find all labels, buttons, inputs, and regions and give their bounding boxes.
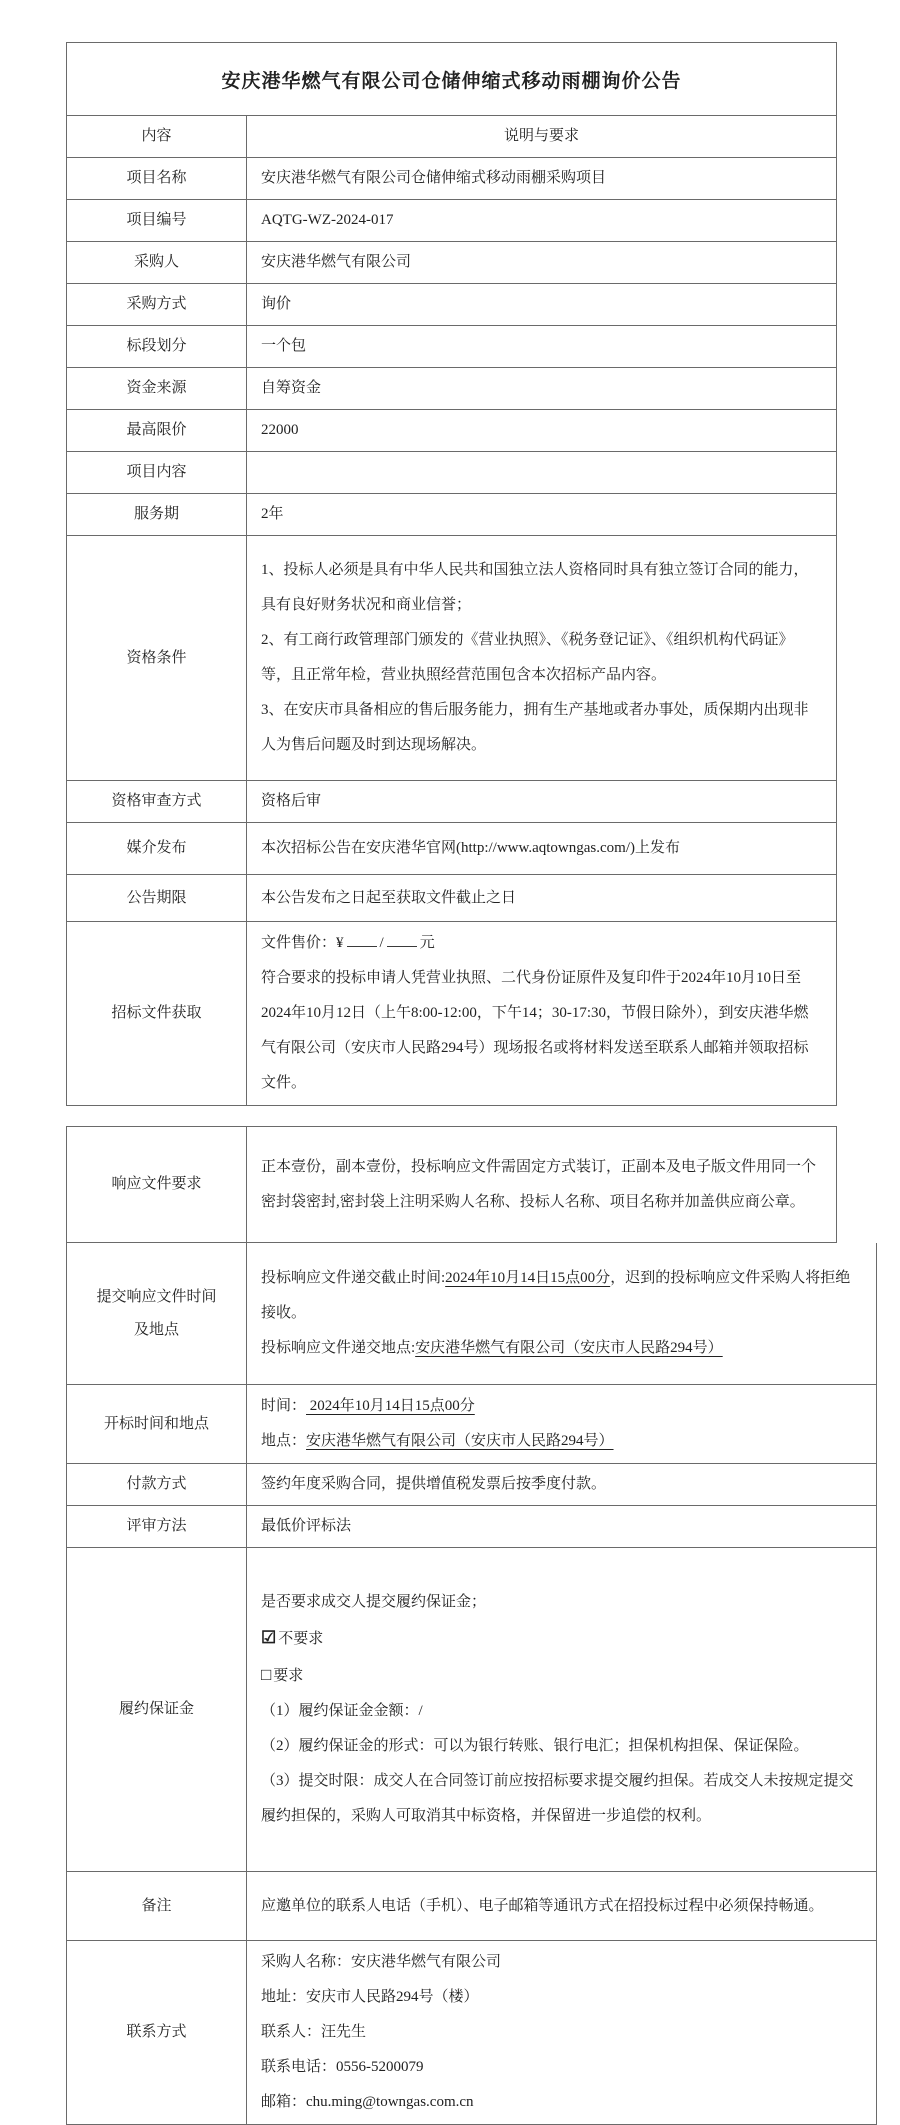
header-row: 内容 说明与要求 bbox=[67, 116, 837, 158]
row-label: 服务期 bbox=[67, 494, 247, 535]
opening-place-value: 安庆港华燃气有限公司（安庆市人民路294号） bbox=[306, 1433, 614, 1449]
row-value: 询价 bbox=[247, 284, 836, 325]
doc-obtain-paragraph: 符合要求的投标申请人凭营业执照、二代身份证原件及复印件于2024年10月10日至… bbox=[261, 961, 822, 1101]
qualification-item: 2、有工商行政管理部门颁发的《营业执照》、《税务登记证》、《组织机构代码证》等，… bbox=[261, 623, 822, 693]
submission-deadline-value: 2024年10月14日15点00分 bbox=[445, 1270, 610, 1286]
table-row-submission: 提交响应文件时间及地点 投标响应文件递交截止时间:2024年10月14日15点0… bbox=[67, 1243, 877, 1385]
row-value: AQTG-WZ-2024-017 bbox=[247, 200, 836, 241]
row-value bbox=[247, 452, 836, 493]
row-value: 22000 bbox=[247, 410, 836, 451]
table-row-contact: 联系方式 采购人名称：安庆港华燃气有限公司 地址：安庆市人民路294号（楼） 联… bbox=[67, 1941, 877, 2125]
opening-time-line: 时间： 2024年10月14日15点00分 bbox=[261, 1389, 862, 1424]
blank-underline bbox=[347, 931, 377, 947]
table-row-payment: 付款方式 签约年度采购合同，提供增值税发票后按季度付款。 bbox=[67, 1464, 877, 1506]
table-row-purchaser: 采购人 安庆港华燃气有限公司 bbox=[67, 242, 837, 284]
bond-option-checked-label: 不要求 bbox=[278, 1631, 323, 1647]
header-col-description: 说明与要求 bbox=[247, 116, 836, 157]
row-value: 资格后审 bbox=[247, 781, 836, 822]
row-label: 资金来源 bbox=[67, 368, 247, 409]
row-value: 最低价评标法 bbox=[247, 1506, 876, 1547]
bond-item-3: （3）提交时限：成交人在合同签订前应按招标要求提交履约担保。若成交人未按规定提交… bbox=[261, 1764, 862, 1834]
row-value: 时间： 2024年10月14日15点00分 地点：安庆港华燃气有限公司（安庆市人… bbox=[247, 1385, 876, 1463]
row-label: 采购方式 bbox=[67, 284, 247, 325]
table-row-project-name: 项目名称 安庆港华燃气有限公司仓储伸缩式移动雨棚采购项目 bbox=[67, 158, 837, 200]
row-value: 2年 bbox=[247, 494, 836, 535]
table-row-project-number: 项目编号 AQTG-WZ-2024-017 bbox=[67, 200, 837, 242]
row-label: 履约保证金 bbox=[67, 1548, 247, 1871]
row-label: 项目编号 bbox=[67, 200, 247, 241]
table-row-response-requirements: 响应文件要求 正本壹份，副本壹份，投标响应文件需固定方式装订，正副本及电子版文件… bbox=[67, 1127, 837, 1243]
row-value: 是否要求成交人提交履约保证金； ☑不要求 □要求 （1）履约保证金金额：/ （2… bbox=[247, 1548, 876, 1871]
submission-place-prefix: 投标响应文件递交地点: bbox=[261, 1340, 415, 1356]
qualification-item: 3、在安庆市具备相应的售后服务能力，拥有生产基地或者办事处，质保期内出现非人为售… bbox=[261, 693, 822, 763]
row-value: 文件售价：¥/元 符合要求的投标申请人凭营业执照、二代身份证原件及复印件于202… bbox=[247, 922, 836, 1105]
opening-time-value: 2024年10月14日15点00分 bbox=[306, 1398, 475, 1414]
row-label: 提交响应文件时间及地点 bbox=[67, 1243, 247, 1384]
submission-place-value: 安庆港华燃气有限公司（安庆市人民路294号） bbox=[415, 1340, 723, 1356]
doc-price-line: 文件售价：¥/元 bbox=[261, 926, 822, 961]
row-label: 资格条件 bbox=[67, 536, 247, 780]
row-label: 联系方式 bbox=[67, 1941, 247, 2124]
row-label: 招标文件获取 bbox=[67, 922, 247, 1105]
table-row-fund-source: 资金来源 自筹资金 bbox=[67, 368, 837, 410]
row-value: 正本壹份，副本壹份，投标响应文件需固定方式装订，正副本及电子版文件用同一个密封袋… bbox=[247, 1127, 836, 1242]
bond-option-checked: ☑不要求 bbox=[261, 1620, 862, 1657]
remarks-text: 应邀单位的联系人电话（手机）、电子邮箱等通讯方式在招投标过程中必须保持畅通。 bbox=[261, 1889, 862, 1924]
row-value: 安庆港华燃气有限公司 bbox=[247, 242, 836, 283]
table-row-opening: 开标时间和地点 时间： 2024年10月14日15点00分 地点：安庆港华燃气有… bbox=[67, 1385, 877, 1464]
row-value: 本公告发布之日起至获取文件截止之日 bbox=[247, 875, 836, 921]
submission-place-line: 投标响应文件递交地点:安庆港华燃气有限公司（安庆市人民路294号） bbox=[261, 1331, 862, 1366]
contact-line-address: 地址：安庆市人民路294号（楼） bbox=[261, 1980, 862, 2015]
row-value: 本次招标公告在安庆港华官网(http://www.aqtowngas.com/)… bbox=[247, 823, 836, 874]
document-page: 安庆港华燃气有限公司仓储伸缩式移动雨棚询价公告 内容 说明与要求 项目名称 安庆… bbox=[0, 0, 900, 2125]
row-label: 标段划分 bbox=[67, 326, 247, 367]
opening-place-line: 地点：安庆港华燃气有限公司（安庆市人民路294号） bbox=[261, 1424, 862, 1459]
row-label: 响应文件要求 bbox=[67, 1127, 247, 1242]
response-requirements-text: 正本壹份，副本壹份，投标响应文件需固定方式装订，正副本及电子版文件用同一个密封袋… bbox=[261, 1150, 822, 1220]
doc-price-unit: 元 bbox=[420, 935, 435, 951]
table-row-performance-bond: 履约保证金 是否要求成交人提交履约保证金； ☑不要求 □要求 （1）履约保证金金… bbox=[67, 1548, 877, 1872]
opening-time-prefix: 时间： bbox=[261, 1398, 306, 1414]
row-label: 付款方式 bbox=[67, 1464, 247, 1505]
contact-line-phone: 联系电话：0556-5200079 bbox=[261, 2050, 862, 2085]
row-value: 投标响应文件递交截止时间:2024年10月14日15点00分，迟到的投标响应文件… bbox=[247, 1243, 876, 1384]
row-value: 应邀单位的联系人电话（手机）、电子邮箱等通讯方式在招投标过程中必须保持畅通。 bbox=[247, 1872, 876, 1940]
bond-item-2: （2）履约保证金的形式：可以为银行转账、银行电汇；担保机构担保、保证保险。 bbox=[261, 1729, 862, 1764]
table-row-price-limit: 最高限价 22000 bbox=[67, 410, 837, 452]
announcement-table: 安庆港华燃气有限公司仓储伸缩式移动雨棚询价公告 内容 说明与要求 项目名称 安庆… bbox=[66, 42, 837, 1106]
bond-option-unchecked: □要求 bbox=[261, 1657, 862, 1694]
submission-deadline-line: 投标响应文件递交截止时间:2024年10月14日15点00分，迟到的投标响应文件… bbox=[261, 1261, 862, 1331]
page-title: 安庆港华燃气有限公司仓储伸缩式移动雨棚询价公告 bbox=[67, 66, 836, 93]
row-label: 评审方法 bbox=[67, 1506, 247, 1547]
response-table: 响应文件要求 正本壹份，副本壹份，投标响应文件需固定方式装订，正副本及电子版文件… bbox=[66, 1126, 837, 2125]
row-label: 最高限价 bbox=[67, 410, 247, 451]
row-label: 项目内容 bbox=[67, 452, 247, 493]
row-label: 项目名称 bbox=[67, 158, 247, 199]
bond-option-unchecked-label: 要求 bbox=[273, 1668, 303, 1684]
bond-item-1: （1）履约保证金金额：/ bbox=[261, 1694, 862, 1729]
checked-checkbox-icon: ☑ bbox=[261, 1628, 276, 1647]
doc-price-label: 文件售价：¥ bbox=[261, 935, 344, 951]
contact-line-purchaser: 采购人名称：安庆港华燃气有限公司 bbox=[261, 1945, 862, 1980]
table-row-remarks: 备注 应邀单位的联系人电话（手机）、电子邮箱等通讯方式在招投标过程中必须保持畅通… bbox=[67, 1872, 877, 1941]
header-col-content: 内容 bbox=[67, 116, 247, 157]
table-row-qualification: 资格条件 1、投标人必须是具有中华人民共和国独立法人资格同时具有独立签订合同的能… bbox=[67, 536, 837, 781]
row-value: 1、投标人必须是具有中华人民共和国独立法人资格同时具有独立签订合同的能力，具有良… bbox=[247, 536, 836, 780]
bond-question: 是否要求成交人提交履约保证金； bbox=[261, 1585, 862, 1620]
row-label: 资格审查方式 bbox=[67, 781, 247, 822]
row-label: 开标时间和地点 bbox=[67, 1385, 247, 1463]
opening-place-prefix: 地点： bbox=[261, 1433, 306, 1449]
table-row-service-period: 服务期 2年 bbox=[67, 494, 837, 536]
title-row: 安庆港华燃气有限公司仓储伸缩式移动雨棚询价公告 bbox=[67, 43, 837, 116]
table-row-procurement-method: 采购方式 询价 bbox=[67, 284, 837, 326]
table-row-lot-division: 标段划分 一个包 bbox=[67, 326, 837, 368]
row-label: 备注 bbox=[67, 1872, 247, 1940]
table-row-project-content: 项目内容 bbox=[67, 452, 837, 494]
doc-price-slash: / bbox=[380, 935, 384, 951]
table-row-qualification-review: 资格审查方式 资格后审 bbox=[67, 781, 837, 823]
qualification-item: 1、投标人必须是具有中华人民共和国独立法人资格同时具有独立签订合同的能力，具有良… bbox=[261, 553, 822, 623]
blank-underline bbox=[387, 931, 417, 947]
row-value: 一个包 bbox=[247, 326, 836, 367]
contact-line-person: 联系人：汪先生 bbox=[261, 2015, 862, 2050]
contact-line-email: 邮箱：chu.ming@towngas.com.cn bbox=[261, 2085, 862, 2120]
submission-deadline-prefix: 投标响应文件递交截止时间: bbox=[261, 1270, 445, 1286]
table-row-notice-period: 公告期限 本公告发布之日起至获取文件截止之日 bbox=[67, 875, 837, 922]
row-label: 采购人 bbox=[67, 242, 247, 283]
table-row-media-release: 媒介发布 本次招标公告在安庆港华官网(http://www.aqtowngas.… bbox=[67, 823, 837, 875]
row-label: 公告期限 bbox=[67, 875, 247, 921]
table-row-evaluation: 评审方法 最低价评标法 bbox=[67, 1506, 877, 1548]
row-label: 媒介发布 bbox=[67, 823, 247, 874]
row-value: 自筹资金 bbox=[247, 368, 836, 409]
table-row-doc-obtain: 招标文件获取 文件售价：¥/元 符合要求的投标申请人凭营业执照、二代身份证原件及… bbox=[67, 922, 837, 1106]
row-value: 安庆港华燃气有限公司仓储伸缩式移动雨棚采购项目 bbox=[247, 158, 836, 199]
row-value: 签约年度采购合同，提供增值税发票后按季度付款。 bbox=[247, 1464, 876, 1505]
unchecked-checkbox-icon: □ bbox=[261, 1665, 271, 1684]
row-value: 采购人名称：安庆港华燃气有限公司 地址：安庆市人民路294号（楼） 联系人：汪先… bbox=[247, 1941, 876, 2124]
